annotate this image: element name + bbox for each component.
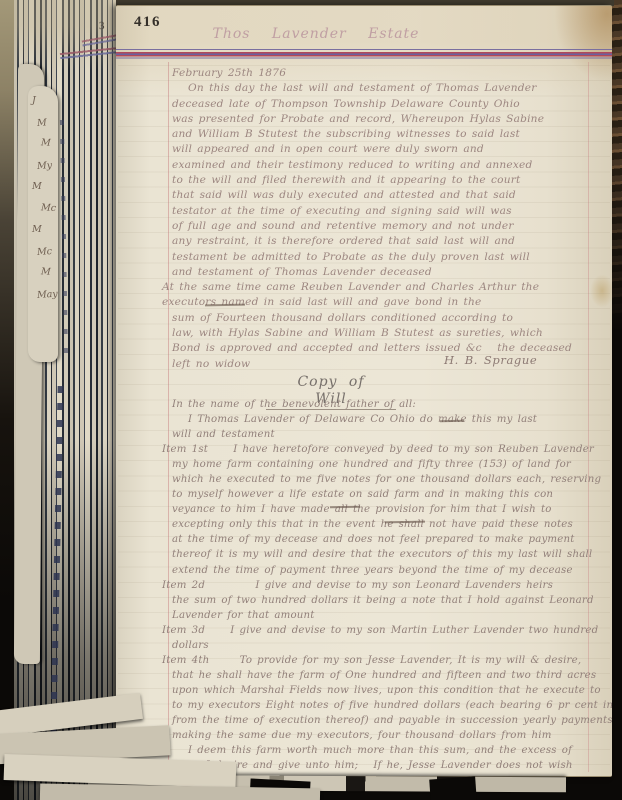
page-header-title: Thos Lavender Estate [171, 26, 461, 43]
handwriting-text: upon which Marshal Fields now lives, upo… [172, 685, 601, 696]
handwriting-text: I Thomas Lavender of Delaware Co Ohio do… [188, 414, 537, 425]
page-edge-stack: JMMMyMMcMMcMMay 3 [14, 0, 118, 800]
handwriting-text: Item 4th To provide for my son Jesse Lav… [162, 655, 581, 666]
handwriting-line: was presented for Probate and record, Wh… [162, 112, 612, 127]
handwriting-line: upon which Marshal Fields now lives, upo… [162, 683, 612, 698]
handwriting-line: I Thomas Lavender of Delaware Co Ohio do… [162, 412, 612, 427]
handwriting-text: left no widow [172, 358, 250, 370]
handwriting-line: my home farm containing one hundred and … [162, 457, 612, 472]
handwriting-text: testator at the time of executing and si… [172, 205, 512, 217]
handwriting-text: Item 3d I give and devise to my son Mart… [162, 625, 598, 636]
handwriting-text: examined and their testimony reduced to … [172, 159, 532, 171]
handwriting-line: Item 3d I give and devise to my son Mart… [162, 623, 612, 638]
handwriting-line: to myself however a life estate on said … [162, 487, 612, 502]
page-number: 416 [134, 15, 161, 30]
handwriting-text: from the time of execution thereof) and … [172, 715, 612, 726]
handwriting-text: At the same time came Reuben Lavender an… [162, 281, 539, 293]
handwriting-text: which he executed to me five notes for o… [172, 474, 601, 485]
handwriting-line: to my executors Eight notes of five hund… [162, 698, 612, 713]
handwriting-text: thereof it is my will and desire that th… [172, 549, 592, 560]
handwriting-text: I deem this farm worth much more than th… [188, 745, 572, 756]
handwriting-text: was presented for Probate and record, Wh… [172, 113, 544, 125]
handwriting-line: In the name of the benevolent father of … [162, 397, 612, 412]
handwriting-text: veyance to him I have made all the provi… [172, 504, 552, 515]
handwriting-text: the sum of two hundred dollars it being … [172, 595, 594, 606]
handwriting-line: will appeared and in open court were dul… [162, 142, 612, 157]
handwriting-line: at the time of my decease and does not f… [162, 532, 612, 547]
handwriting-line: left no widowH. B. Sprague [162, 357, 612, 372]
handwriting-line: extend the time of payment three years b… [162, 563, 612, 578]
handwriting-text: and testament of Thomas Lavender decease… [172, 266, 432, 278]
handwriting-text: testament be admitted to Probate as the … [172, 251, 530, 263]
handwriting-text: will and testament [172, 429, 275, 440]
handwriting-text: excepting only this that in the event he… [172, 519, 573, 530]
handwriting-line: thereof it is my will and desire that th… [162, 547, 612, 562]
edge-scrap-letter: M [41, 138, 71, 149]
handwriting-text: deceased late of Thompson Township Delaw… [172, 98, 520, 110]
handwriting-line: Item 1st I have heretofore conveyed by d… [162, 442, 612, 457]
handwriting-line: Item 2d I give and devise to my son Leon… [162, 578, 612, 593]
handwriting-line: of full age and sound and retentive memo… [162, 219, 612, 234]
handwriting-text: and William B Stutest the subscribing wi… [172, 128, 520, 140]
handwriting-text: Item 2d I give and devise to my son Leon… [162, 580, 553, 591]
handwriting-line: I deem this farm worth much more than th… [162, 743, 612, 758]
handwriting-text: that said will was duly executed and att… [172, 189, 516, 201]
handwriting-text: On this day the last will and testament … [188, 82, 537, 94]
handwriting-line: veyance to him I have made all the provi… [162, 502, 612, 517]
handwriting-line: making the same due my executors, four t… [162, 728, 612, 743]
handwriting-text: Item 1st I have heretofore conveyed by d… [162, 444, 594, 455]
handwriting-line: and testament of Thomas Lavender decease… [162, 265, 612, 280]
handwriting-line: At the same time came Reuben Lavender an… [162, 280, 612, 295]
handwriting-line: dollars [162, 638, 612, 653]
handwriting-line: sum of Fourteen thousand dollars conditi… [162, 311, 612, 326]
edge-ink-marks [50, 386, 63, 732]
handwriting-line: and William B Stutest the subscribing wi… [162, 127, 612, 142]
handwriting-text: sum of Fourteen thousand dollars conditi… [172, 312, 513, 324]
handwriting-text: extend the time of payment three years b… [172, 565, 573, 576]
handwriting-text: to the will and filed therewith and it a… [172, 174, 520, 186]
handwriting-line: law, with Hylas Sabine and William B Stu… [162, 326, 612, 341]
handwriting-line: examined and their testimony reduced to … [162, 158, 612, 173]
underpage-number: 3 [99, 20, 105, 32]
will-copy-text: In the name of the benevolent father of … [162, 397, 612, 773]
handwriting-line: testator at the time of executing and si… [162, 204, 612, 219]
handwriting-text: to my executors Eight notes of five hund… [172, 700, 612, 711]
clerk-signature: H. B. Sprague [444, 353, 537, 368]
handwriting-text: making the same due my executors, four t… [172, 730, 552, 741]
handwriting-line: will and testament [162, 427, 612, 442]
probate-record-text: February 25th 1876On this day the last w… [162, 66, 612, 372]
handwriting-text: any restraint, it is therefore ordered t… [172, 235, 515, 247]
handwriting-line: excepting only this that in the event he… [162, 517, 612, 532]
handwriting-line: that said will was duly executed and att… [162, 188, 612, 203]
handwriting-line: testament be admitted to Probate as the … [162, 250, 612, 265]
handwriting-line: the sum of two hundred dollars it being … [162, 593, 612, 608]
torn-gap [429, 776, 477, 800]
handwriting-line: from the time of execution thereof) and … [162, 713, 612, 728]
handwriting-text: my home farm containing one hundred and … [172, 459, 571, 470]
handwriting-line: Bond is approved and accepted and letter… [162, 341, 612, 356]
handwriting-text: In the name of the benevolent father of … [172, 399, 416, 410]
ledger-page: 416 Thos Lavender Estate February 25th 1… [116, 5, 612, 777]
handwriting-text: to myself however a life estate on said … [172, 489, 553, 500]
handwriting-line: Lavender for that amount [162, 608, 612, 623]
edge-scrap-letter: M [32, 225, 62, 235]
decorative-rule-band [116, 49, 612, 59]
edge-scrap-letter: M [32, 182, 62, 192]
ledger-photo: JMMMyMMcMMcMMay 3 416 Thos Lavender Esta… [0, 0, 622, 800]
handwriting-text: law, with Hylas Sabine and William B Stu… [172, 327, 543, 339]
handwriting-text: that he shall have the farm of One hundr… [172, 670, 596, 681]
edge-scrap-letter: Mc [41, 203, 71, 214]
handwriting-text: dollars [172, 640, 209, 651]
handwriting-text: of full age and sound and retentive memo… [172, 220, 514, 232]
edge-ink-marks [60, 120, 68, 360]
handwriting-text: Lavender for that amount [172, 610, 315, 621]
handwriting-text: will appeared and in open court were dul… [172, 143, 484, 155]
handwriting-line: which he executed to me five notes for o… [162, 472, 612, 487]
edge-scrap-letter: J [32, 96, 62, 106]
underpage-rule-band [60, 45, 121, 61]
handwriting-line: February 25th 1876 [162, 66, 612, 81]
strikethrough-mark [440, 420, 464, 422]
handwriting-text: executors named in said last will and ga… [162, 296, 481, 308]
handwriting-text: February 25th 1876 [172, 67, 286, 79]
handwriting-line: Item 4th To provide for my son Jesse Lav… [162, 653, 612, 668]
handwriting-line: deceased late of Thompson Township Delaw… [162, 97, 612, 112]
handwriting-line: On this day the last will and testament … [162, 81, 612, 96]
torn-edge-writing: JMMMyMMcMMcMMay [32, 96, 62, 311]
handwriting-text: at the time of my decease and does not f… [172, 534, 575, 545]
handwriting-line: to the will and filed therewith and it a… [162, 173, 612, 188]
handwriting-line: any restraint, it is therefore ordered t… [162, 234, 612, 249]
handwriting-line: that he shall have the farm of One hundr… [162, 668, 612, 683]
